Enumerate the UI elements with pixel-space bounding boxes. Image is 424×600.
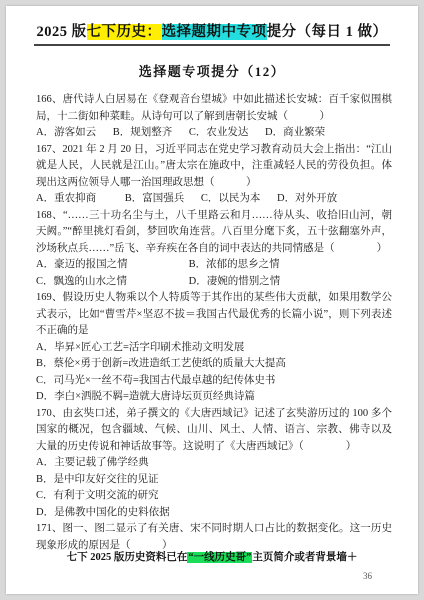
question-168-options-row1: A．豪迈的报国之情 B．浓郁的思乡之情 — [36, 257, 392, 274]
option: C．农业发达 — [189, 127, 249, 138]
document-page: 2025 版七下历史：选择题期中专项提分（每日 1 做） 选择题专项提分（12）… — [6, 6, 418, 594]
question-167-stem: 167、2021 年 2 月 20 日，习近平同志在党史学习教育动员大会上指出：… — [36, 142, 392, 192]
question-169-stem: 169、假设历史人物乘以个人特质等于其作出的某些伟大贡献，如果用数学公式表示，比… — [36, 290, 392, 340]
question-166-stem: 166、唐代诗人白居易在《登观音台望城》中如此描述长安城：百千家似围棋局，十二街… — [36, 92, 392, 125]
option: C．司马光×一丝不苟=我国古代最卓越的纪传体史书 — [36, 373, 392, 390]
option: D．凄婉的惜别之情 — [189, 276, 281, 287]
footer-suffix: 主页简介或者背景墙＋ — [252, 552, 357, 563]
option: B．浓郁的思乡之情 — [189, 259, 280, 270]
option: A．主要记载了佛学经典 — [36, 455, 392, 472]
document-title: 2025 版七下历史：选择题期中专项提分（每日 1 做） — [34, 20, 389, 46]
title-highlight-cyan: 选择题期中专项 — [162, 24, 267, 40]
document-header: 2025 版七下历史：选择题期中专项提分（每日 1 做） — [6, 6, 418, 46]
option: D．是佛教中国化的史料依据 — [36, 505, 392, 522]
option: A．豪迈的报国之情 — [36, 257, 186, 274]
option: C．以民为本 — [201, 193, 261, 204]
question-166-options: A．游客如云 B．规划整齐 C．农业发达 D．商业繁荣 — [36, 125, 392, 142]
footer-highlight-green: “一线历史哥” — [187, 552, 252, 563]
option: B．规划整齐 — [113, 127, 173, 138]
option: D．李白×洒脱不羁=造就大唐诗坛页页经典诗篇 — [36, 389, 392, 406]
question-170-stem: 170、由玄奘口述，弟子撰文的《大唐西域记》记述了玄奘游历过的 100 多个国家… — [36, 406, 392, 456]
option: A．毕昇×匠心工艺=活字印刷术推动文明发展 — [36, 340, 392, 357]
title-suffix: 提分（每日 1 做） — [267, 24, 388, 40]
questions-area: 166、唐代诗人白居易在《登观音台望城》中如此描述长安城：百千家似围棋局，十二街… — [36, 92, 392, 554]
question-167-options: A．重农抑商 B．富国强兵 C．以民为本 D．对外开放 — [36, 191, 392, 208]
option: A．重农抑商 — [36, 193, 96, 204]
title-prefix: 2025 版 — [36, 24, 86, 40]
option: C．飘逸的山水之情 — [36, 274, 186, 291]
footer-note: 七下 2025 版历史资料已在“一线历史哥”主页简介或者背景墙＋ — [6, 549, 418, 564]
footer-prefix: 七下 2025 版历史资料已在 — [67, 552, 188, 563]
question-168-options-row2: C．飘逸的山水之情 D．凄婉的惜别之情 — [36, 274, 392, 291]
option: C．有利于文明交流的研究 — [36, 488, 392, 505]
page-number: 36 — [363, 571, 372, 581]
title-highlight-yellow: 七下历史： — [87, 24, 162, 40]
option: B．富国强兵 — [125, 193, 185, 204]
option: A．游客如云 — [36, 127, 96, 138]
option: B．是中印友好交往的见证 — [36, 472, 392, 489]
option: D．商业繁荣 — [265, 127, 325, 138]
option: D．对外开放 — [277, 193, 337, 204]
option: B．蔡伦×勇于创新=改进造纸工艺使纸的质量大大提高 — [36, 356, 392, 373]
question-168-stem: 168、“……三十功名尘与土，八千里路云和月……待从头、收拾旧山河，朝天阙。”“… — [36, 208, 392, 258]
document-subtitle: 选择题专项提分（12） — [6, 61, 418, 80]
